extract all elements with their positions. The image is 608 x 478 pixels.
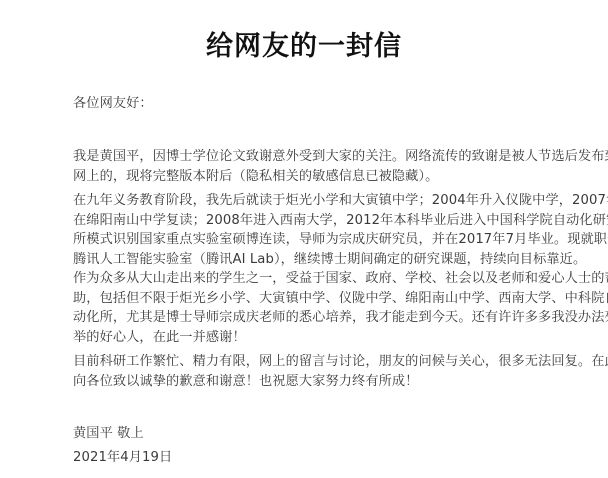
paragraph-introduction: 我是黄国平，因博士学位论文致谢意外受到大家的关注。网络流传的致谢是被人节选后发布… xyxy=(73,147,543,186)
paragraph-line: 在九年义务教育阶段，我先后就读于炬光小学和大寅镇中学；2004年升入仪陇中学，2… xyxy=(73,191,543,211)
signature: 黄国平 敬上 xyxy=(73,424,543,444)
paragraph-line: 向各位致以诚挚的歉意和谢意！也祝愿大家努力终有所成！ xyxy=(73,372,543,392)
paragraph-line: 作为众多从大山走出来的学生之一，受益于国家、政府、学校、社会以及老师和爱心人士的… xyxy=(73,269,543,289)
paragraph-line: 助，包括但不限于炬光乡小学、大寅镇中学、仪陇中学、绵阳南山中学、西南大学、中科院… xyxy=(73,289,543,309)
paragraph-education: 在九年义务教育阶段，我先后就读于炬光小学和大寅镇中学；2004年升入仪陇中学，2… xyxy=(73,191,543,269)
paragraph-line: 目前科研工作繁忙、精力有限，网上的留言与讨论，朋友的问候与关心，很多无法回复。在… xyxy=(73,352,543,372)
paragraph-line: 我是黄国平，因博士学位论文致谢意外受到大家的关注。网络流传的致谢是被人节选后发布… xyxy=(73,147,543,167)
letter-date: 2021年4月19日 xyxy=(73,448,543,468)
paragraph-line: 在绵阳南山中学复读；2008年进入西南大学，2012年本科毕业后进入中国科学院自… xyxy=(73,211,543,231)
greeting: 各位网友好： xyxy=(73,94,543,114)
letter-title: 给网友的一封信 xyxy=(0,24,608,63)
paragraph-line: 动化所，尤其是博士导师宗成庆老师的悉心培养，我才能走到今天。还有许许多多我没办法… xyxy=(73,308,543,328)
paragraph-closing: 目前科研工作繁忙、精力有限，网上的留言与讨论，朋友的问候与关心，很多无法回复。在… xyxy=(73,352,543,391)
paragraph-line: 腾讯人工智能实验室（腾讯AI Lab），继续博士期间确定的研究课题，持续向目标靠… xyxy=(73,250,543,270)
paragraph-line: 网上的，现将完整版本附后（隐私相关的敏感信息已被隐藏）。 xyxy=(73,167,543,187)
paragraph-line: 举的好心人，在此一并感谢！ xyxy=(73,328,543,348)
paragraph-line: 所模式识别国家重点实验室硕博连读，导师为宗成庆研究员，并在2017年7月毕业。现… xyxy=(73,230,543,250)
paragraph-gratitude: 作为众多从大山走出来的学生之一，受益于国家、政府、学校、社会以及老师和爱心人士的… xyxy=(73,269,543,347)
